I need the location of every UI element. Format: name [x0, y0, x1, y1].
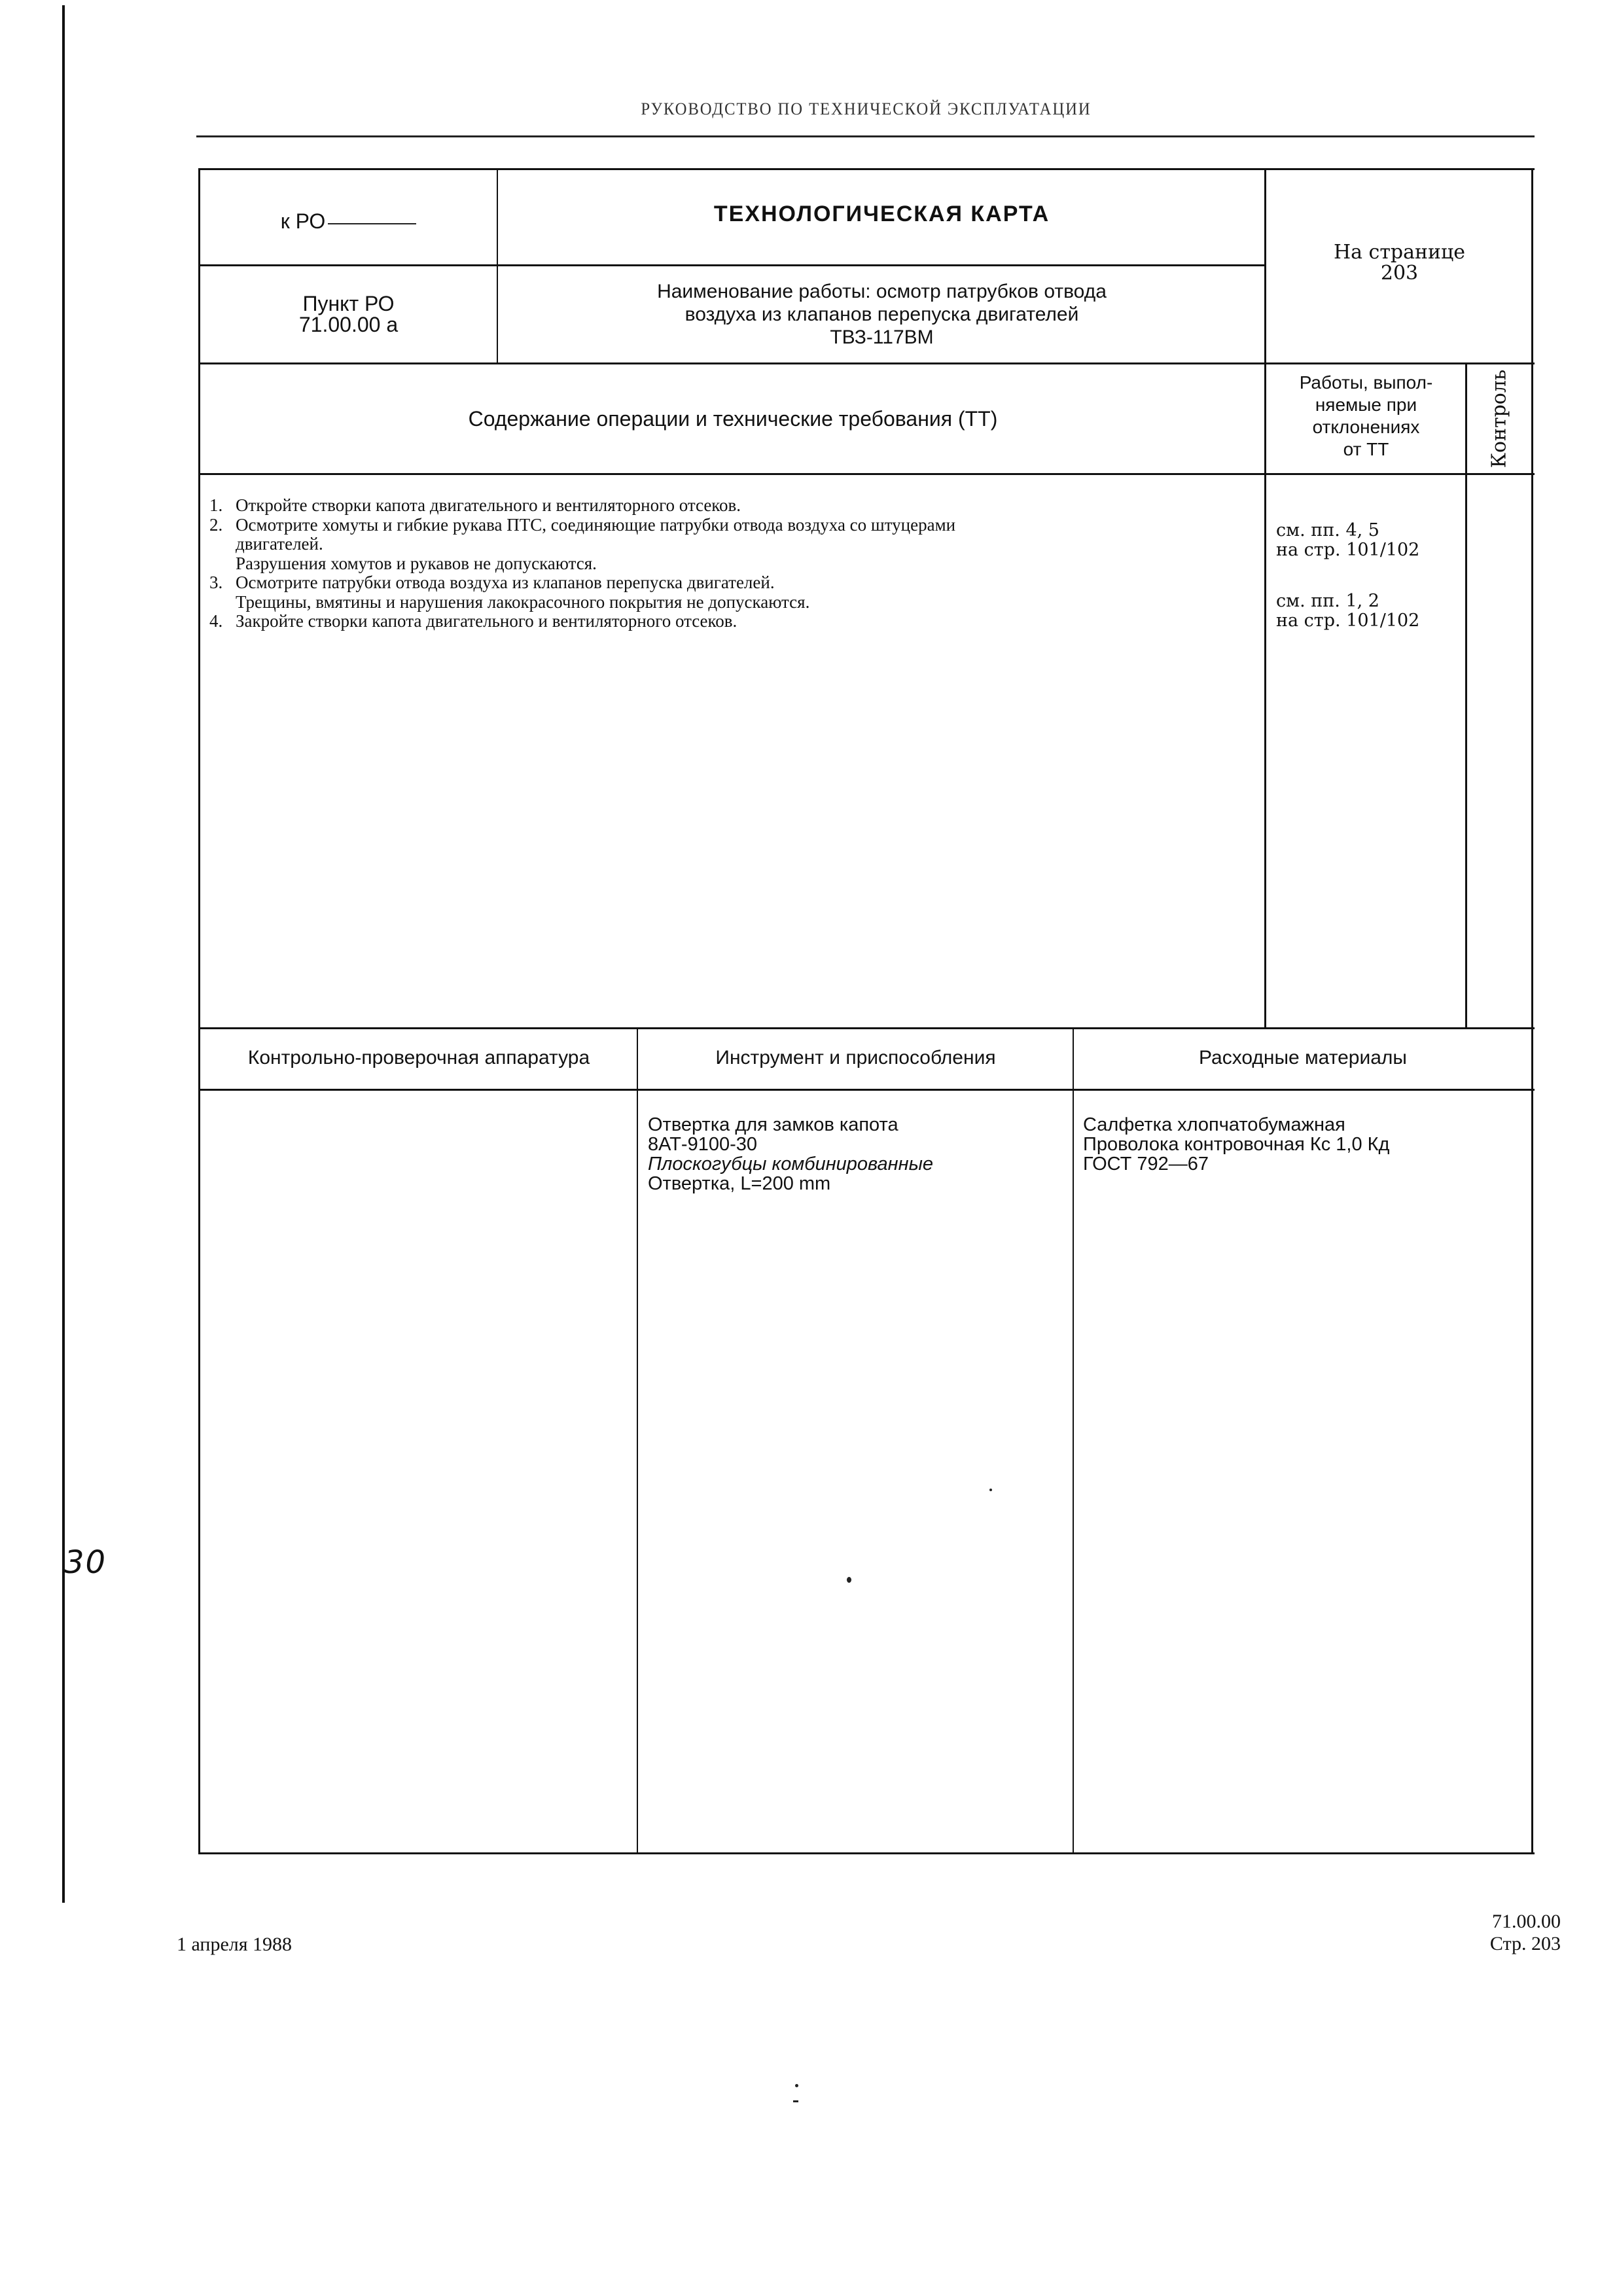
operation-item: 2.Осмотрите хомуты и гибкие рукава ПТС, …: [209, 516, 1260, 535]
footer-section: 71.00.00: [1374, 1911, 1561, 1933]
scan-speck: [989, 1489, 992, 1491]
divider: [1073, 1027, 1074, 1854]
control-equipment-header: Контрольно-проверочная аппаратура: [200, 1047, 638, 1069]
operation-requirement: Разрушения хомутов и рукавов не допускаю…: [209, 554, 1260, 574]
operations-header: Содержание операции и технические требов…: [200, 407, 1266, 431]
divider: [637, 1027, 638, 1854]
operation-requirement: Трещины, вмятины и нарушения лакокрасочн…: [209, 593, 1260, 612]
punkt-ro: Пункт РО 71.00.00 а: [200, 293, 497, 335]
card-title: ТЕХНОЛОГИЧЕСКАЯ КАРТА: [497, 202, 1266, 227]
divider: [198, 1089, 1535, 1091]
operation-text: Закройте створки капота двигательного и …: [236, 611, 737, 631]
materials-list: Салфетка хлопчатобумажная Проволока конт…: [1083, 1115, 1528, 1174]
deviation-header-line: отклонениях: [1266, 416, 1466, 438]
deviation-header-line: няемые при: [1266, 394, 1466, 416]
deviation-references: см. пп. 4, 5 на стр. 101/102 см. пп. 1, …: [1276, 521, 1463, 631]
divider: [198, 362, 1535, 364]
material-item: Салфетка хлопчатобумажная: [1083, 1115, 1528, 1135]
deviation-header-line: Работы, выпол-: [1266, 372, 1466, 394]
material-item: ГОСТ 792—67: [1083, 1154, 1528, 1174]
scan-speck: [793, 2100, 798, 2102]
footer-page-number: Стр. 203: [1374, 1933, 1561, 1955]
operation-number: 1.: [209, 496, 236, 516]
operation-text: Осмотрите хомуты и гибкие рукава ПТС, со…: [236, 515, 955, 535]
control-header-label: Контроль: [1488, 370, 1511, 468]
divider: [198, 473, 1535, 475]
control-header: Контроль: [1466, 363, 1533, 474]
scan-speck: [795, 2084, 798, 2087]
header-rule: [196, 135, 1535, 137]
tool-item: 8АТ-9100-30: [648, 1135, 1067, 1154]
deviation-ref-line: см. пп. 1, 2: [1276, 592, 1463, 611]
operations-list: 1.Откройте створки капота двигательного …: [209, 496, 1260, 631]
running-head: РУКОВОДСТВО ПО ТЕХНИЧЕСКОЙ ЭКСПЛУАТАЦИИ: [233, 99, 1499, 119]
punkt-ro-label: Пункт РО: [200, 293, 497, 314]
operation-text: Осмотрите патрубки отвода воздуха из кла…: [236, 573, 775, 592]
tool-item: Отвертка, L=200 mm: [648, 1174, 1067, 1193]
operation-number: 3.: [209, 573, 236, 593]
work-name: Наименование работы: осмотр патрубков от…: [497, 280, 1266, 349]
handwritten-mark: 30: [64, 1544, 107, 1581]
operation-number: 4.: [209, 612, 236, 631]
deviation-ref-line: см. пп. 4, 5: [1276, 521, 1463, 540]
on-page: На странице 203: [1266, 242, 1533, 284]
deviation-ref-line: на стр. 101/102: [1276, 540, 1463, 560]
ro-reference-blank: [328, 223, 416, 224]
operation-item: 4.Закройте створки капота двигательного …: [209, 612, 1260, 631]
operation-item: 3.Осмотрите патрубки отвода воздуха из к…: [209, 573, 1260, 593]
footer-date: 1 апреля 1988: [177, 1934, 292, 1956]
deviation-header: Работы, выпол- няемые при отклонениях от…: [1266, 372, 1466, 461]
table-border-bottom: [198, 1852, 1535, 1854]
work-name-line: Наименование работы: осмотр патрубков от…: [497, 280, 1266, 303]
operation-text-continued: двигателей.: [209, 535, 1260, 554]
work-name-line: ТВЗ-117ВМ: [497, 326, 1266, 349]
operation-text: Откройте створки капота двигательного и …: [236, 495, 741, 515]
operation-item: 1.Откройте створки капота двигательного …: [209, 496, 1260, 516]
materials-header: Расходные материалы: [1073, 1047, 1533, 1069]
divider: [198, 264, 1266, 266]
tool-item: Плоскогубцы комбинированные: [648, 1154, 1067, 1174]
material-item: Проволока контровочная Кс 1,0 Кд: [1083, 1135, 1528, 1154]
work-name-line: воздуха из клапанов перепуска двигателей: [497, 303, 1266, 326]
scan-edge-line: [62, 5, 65, 1903]
ro-reference-label: к РО: [281, 209, 325, 233]
tool-item: Отвертка для замков капота: [648, 1115, 1067, 1135]
tools-header: Инструмент и приспособления: [638, 1047, 1073, 1069]
tools-list: Отвертка для замков капота 8АТ-9100-30 П…: [648, 1115, 1067, 1193]
deviation-header-line: от ТТ: [1266, 438, 1466, 461]
scan-speck: [847, 1577, 851, 1583]
ro-reference: к РО: [200, 209, 497, 234]
punkt-ro-value: 71.00.00 а: [200, 314, 497, 335]
deviation-ref-line: на стр. 101/102: [1276, 611, 1463, 631]
table-border-top: [198, 168, 1535, 170]
operation-number: 2.: [209, 516, 236, 535]
on-page-label: На странице: [1266, 242, 1533, 263]
footer-page-info: 71.00.00 Стр. 203: [1374, 1911, 1561, 1955]
divider: [198, 1027, 1535, 1029]
on-page-number: 203: [1266, 263, 1533, 284]
